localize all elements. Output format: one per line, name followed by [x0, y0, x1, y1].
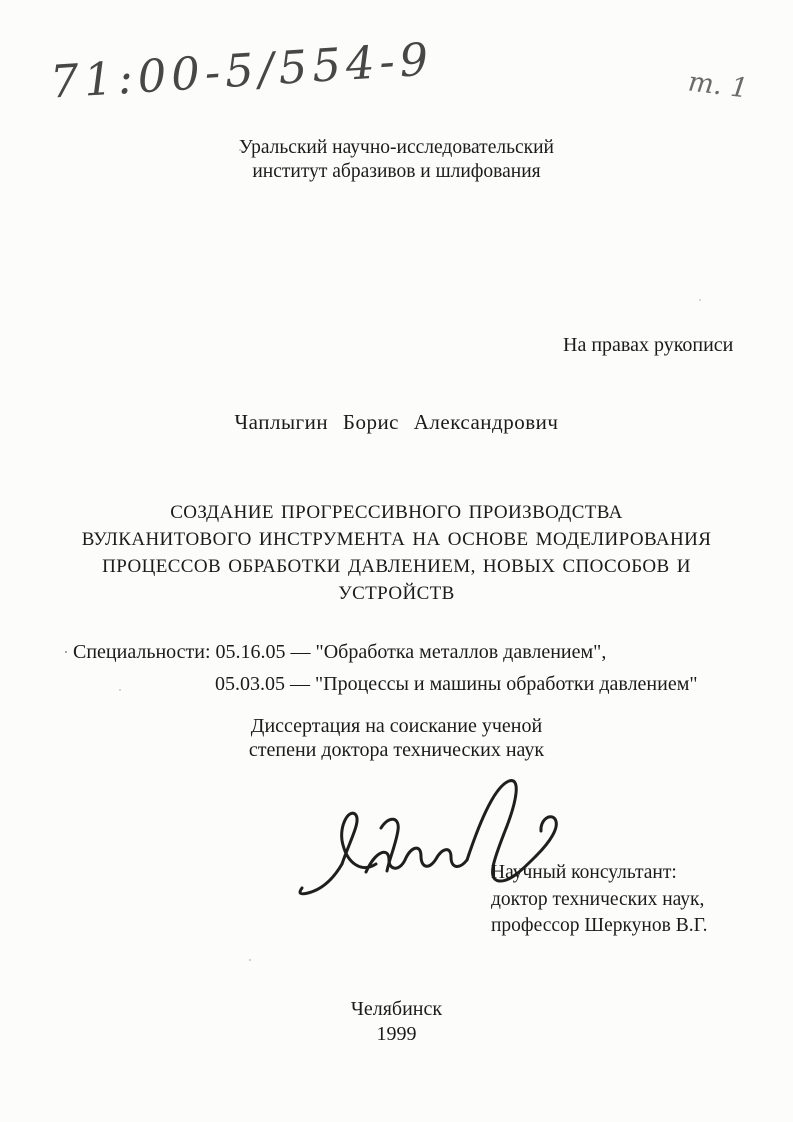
dissertation-title-line2: ВУЛКАНИТОВОГО ИНСТРУМЕНТА НА ОСНОВЕ МОДЕ…	[40, 526, 753, 553]
signature-stroke-end-hook	[536, 817, 556, 856]
consultant-block: Научный консультант: доктор технических …	[491, 860, 708, 940]
consultant-degree: доктор технических наук,	[491, 887, 708, 914]
institution-line2: институт абразивов и шлифования	[0, 160, 793, 184]
shelf-number-handwritten: 71:00-5/554-9	[49, 32, 435, 108]
institution-line1: Уральский научно-исследовательский	[0, 136, 793, 160]
dissertation-title-line1: СОЗДАНИЕ ПРОГРЕССИВНОГО ПРОИЗВОДСТВА	[40, 499, 753, 526]
dissertation-title: СОЗДАНИЕ ПРОГРЕССИВНОГО ПРОИЗВОДСТВА ВУЛ…	[40, 499, 753, 607]
consultant-heading: Научный консультант:	[491, 860, 708, 887]
thesis-degree-line1: Диссертация на соискание ученой	[0, 714, 793, 738]
institution-name: Уральский научно-исследовательский инсти…	[0, 136, 793, 184]
signature-stroke-squiggle	[366, 848, 467, 872]
signature-stroke-entry	[300, 864, 342, 894]
thesis-degree-line2: степени доктора технических наук	[0, 738, 793, 762]
specialty-line1: Специальности: 05.16.05 — "Обработка мет…	[73, 636, 698, 668]
dissertation-title-page: 71:00-5/554-9 т. 1 Уральский научно-иссл…	[0, 0, 793, 1122]
imprint-block: Челябинск 1999	[0, 997, 793, 1047]
signature-stroke-b-loop	[342, 813, 376, 867]
specialty-line2: 05.03.05 — "Процессы и машины обработки …	[73, 668, 698, 700]
volume-note-handwritten: т. 1	[686, 66, 749, 104]
consultant-name: профессор Шеркунов В.Г.	[491, 913, 708, 940]
manuscript-rights-note: На правах рукописи	[563, 334, 733, 357]
dissertation-title-line4: УСТРОЙСТВ	[40, 580, 753, 607]
city-name: Челябинск	[0, 997, 793, 1022]
thesis-degree-statement: Диссертация на соискание ученой степени …	[0, 714, 793, 762]
specialties-list: Специальности: 05.16.05 — "Обработка мет…	[73, 636, 698, 700]
dissertation-title-line3: ПРОЦЕССОВ ОБРАБОТКИ ДАВЛЕНИЕМ, НОВЫХ СПО…	[40, 553, 753, 580]
author-name: Чаплыгин Борис Александрович	[0, 410, 793, 435]
publication-year: 1999	[0, 1022, 793, 1047]
